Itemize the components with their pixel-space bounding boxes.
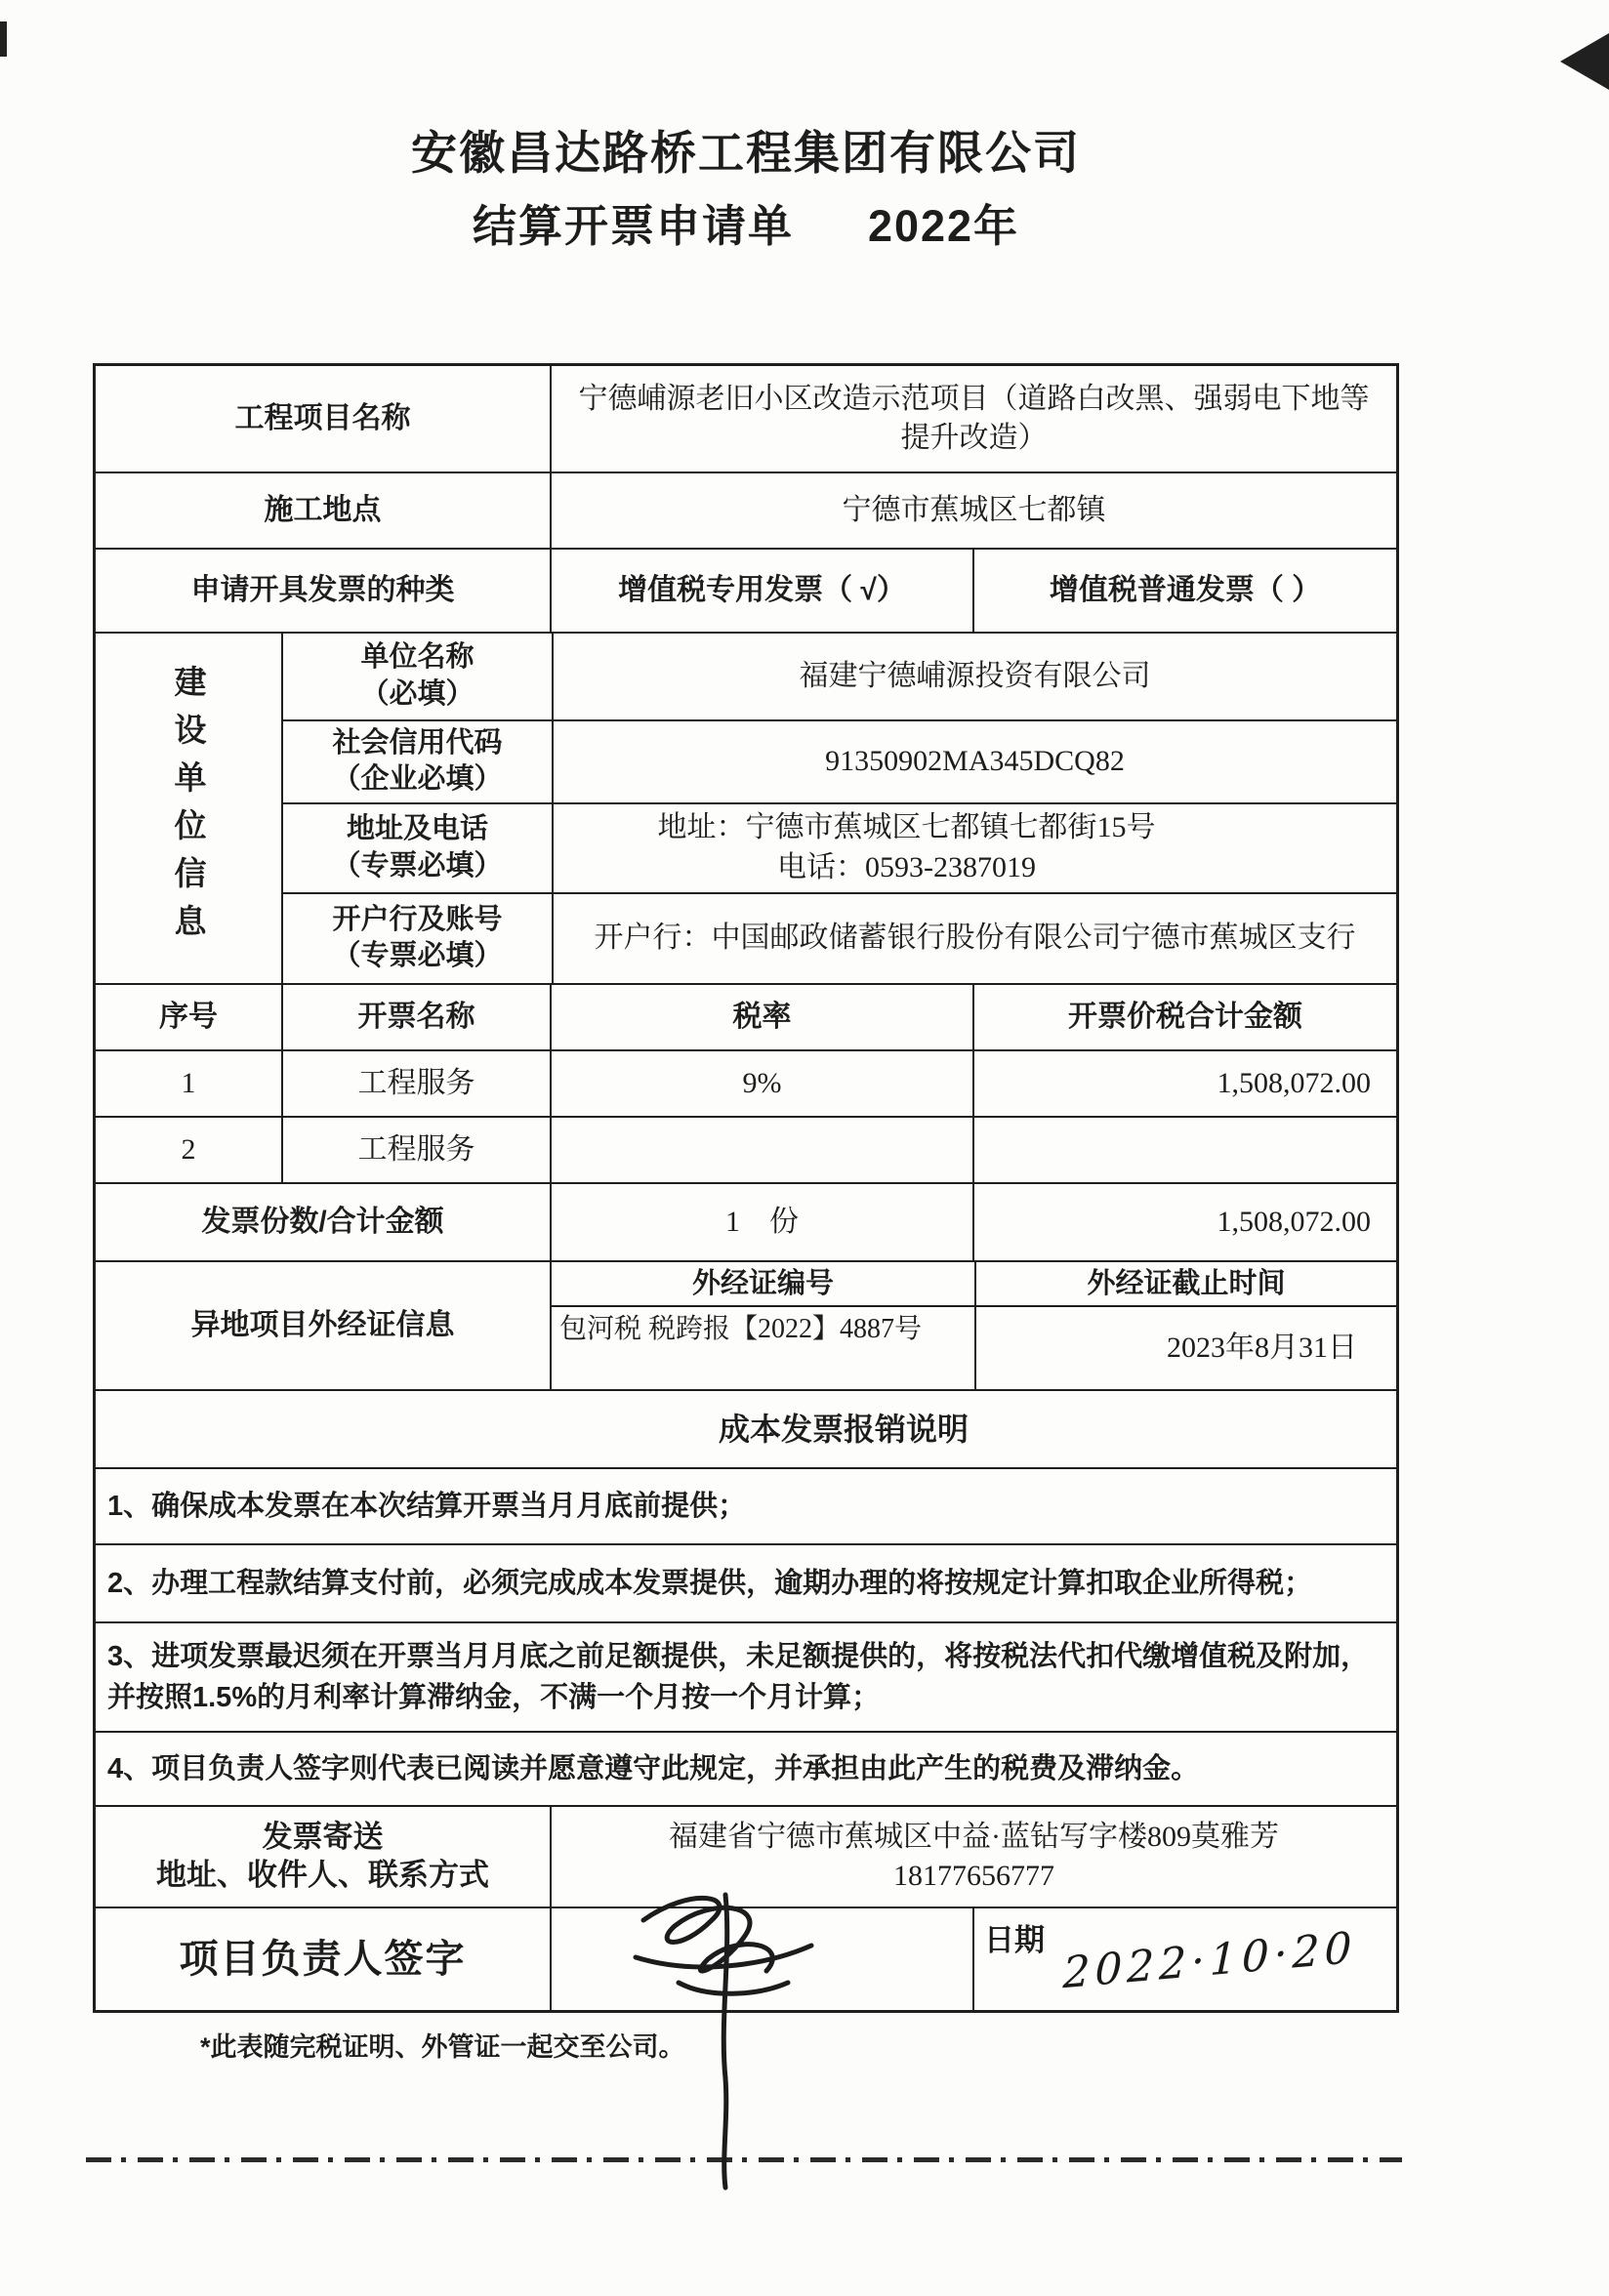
- unit-name-label: 单位名称（必填）: [283, 634, 552, 719]
- invoice-type-general: 增值税普通发票（ ）: [972, 550, 1396, 632]
- item2-amount: [972, 1118, 1396, 1182]
- note-4: 4、项目负责人签字则代表已阅读并愿意遵守此规定，并承担由此产生的税费及滞纳金。: [96, 1733, 1396, 1805]
- application-form-table: 工程项目名称 宁德峬源老旧小区改造示范项目（道路白改黑、强弱电下地等提升改造） …: [93, 363, 1399, 2013]
- invoice-type-special: 增值税专用发票（ √）: [550, 550, 972, 632]
- note-2: 2、办理工程款结算支付前，必须完成成本发票提供，逾期办理的将按规定计算扣取企业所…: [96, 1545, 1396, 1621]
- items-header-amount: 开票价税合计金额: [972, 985, 1396, 1049]
- row-note-1: 1、确保成本发票在本次结算开票当月月底前提供；: [96, 1469, 1396, 1545]
- group-unit-info: 建设单位信息 单位名称（必填） 福建宁德峬源投资有限公司 社会信用代码（企业必填…: [96, 634, 1396, 985]
- waijing-subtable: 外经证编号 外经证截止时间 包河税 税跨报【2022】4887号 2023年8月…: [550, 1262, 1396, 1389]
- date-cell: 日期 2022·10·20: [972, 1908, 1396, 2010]
- form-title-block: 安徽昌达路桥工程集团有限公司 结算开票申请单 2022年: [93, 117, 1399, 254]
- row-invoice-type: 申请开具发票的种类 增值税专用发票（ √） 增值税普通发票（ ）: [96, 550, 1396, 634]
- address-phone-value: 地址：宁德市蕉城区七都镇七都街15号电话：0593-2387019: [552, 804, 1396, 891]
- form-subtitle: 结算开票申请单 2022年: [93, 190, 1399, 254]
- row-location: 施工地点 宁德市蕉城区七都镇: [96, 473, 1396, 550]
- delivery-label: 发票寄送 地址、收件人、联系方式: [96, 1807, 550, 1906]
- signature-label: 项目负责人签字: [96, 1908, 550, 2010]
- row-credit-code: 社会信用代码（企业必填） 91350902MA345DCQ82: [283, 721, 1396, 805]
- summary-total: 1,508,072.00: [972, 1184, 1396, 1260]
- location-label: 施工地点: [96, 473, 550, 548]
- row-unit-name: 单位名称（必填） 福建宁德峬源投资有限公司: [283, 634, 1396, 721]
- note-1: 1、确保成本发票在本次结算开票当月月底前提供；: [96, 1469, 1396, 1543]
- invoice-type-label: 申请开具发票的种类: [96, 550, 550, 632]
- scan-corner-artifact: [1560, 33, 1609, 90]
- project-name-label: 工程项目名称: [96, 366, 550, 471]
- waijing-deadline-value: 2023年8月31日: [974, 1307, 1396, 1389]
- item1-no: 1: [96, 1051, 281, 1116]
- items-header-rate: 税率: [550, 985, 972, 1049]
- row-address-phone: 地址及电话（专票必填） 地址：宁德市蕉城区七都镇七都街15号电话：0593-23…: [283, 804, 1396, 893]
- item1-amount: 1,508,072.00: [972, 1051, 1396, 1116]
- waijing-header-row: 外经证编号 外经证截止时间: [552, 1262, 1396, 1307]
- row-notes-heading: 成本发票报销说明: [96, 1391, 1396, 1469]
- items-header-no: 序号: [96, 985, 281, 1049]
- row-project-name: 工程项目名称 宁德峬源老旧小区改造示范项目（道路白改黑、强弱电下地等提升改造）: [96, 366, 1396, 473]
- credit-code-label: 社会信用代码（企业必填）: [283, 721, 552, 803]
- scan-edge-artifact: [0, 21, 7, 57]
- item2-no: 2: [96, 1118, 281, 1182]
- waijing-label: 异地项目外经证信息: [96, 1262, 550, 1389]
- signature-handwriting: [610, 1873, 835, 2195]
- scanned-form-page: 安徽昌达路桥工程集团有限公司 结算开票申请单 2022年 工程项目名称 宁德峬源…: [0, 0, 1609, 2296]
- row-note-4: 4、项目负责人签字则代表已阅读并愿意遵守此规定，并承担由此产生的税费及滞纳金。: [96, 1733, 1396, 1807]
- item1-rate: 9%: [550, 1051, 972, 1116]
- notes-heading: 成本发票报销说明: [96, 1391, 1396, 1467]
- items-header-name: 开票名称: [281, 985, 550, 1049]
- address-phone-label: 地址及电话（专票必填）: [283, 804, 552, 891]
- row-note-2: 2、办理工程款结算支付前，必须完成成本发票提供，逾期办理的将按规定计算扣取企业所…: [96, 1545, 1396, 1623]
- row-bank-account: 开户行及账号（专票必填） 开户行：中国邮政储蓄银行股份有限公司宁德市蕉城区支行: [283, 894, 1396, 983]
- waijing-no-value: 包河税 税跨报【2022】4887号: [552, 1307, 974, 1389]
- item2-name: 工程服务: [281, 1118, 550, 1182]
- waijing-no-header: 外经证编号: [552, 1262, 974, 1305]
- summary-count: 1 份: [550, 1184, 972, 1260]
- unit-info-subtable: 单位名称（必填） 福建宁德峬源投资有限公司 社会信用代码（企业必填） 91350…: [281, 634, 1396, 983]
- table-row-item-1: 1 工程服务 9% 1,508,072.00: [96, 1051, 1396, 1118]
- row-signature: 项目负责人签字 日期 2022·10·20: [96, 1908, 1396, 2010]
- summary-label: 发票份数/合计金额: [96, 1184, 550, 1260]
- bank-account-value: 开户行：中国邮政储蓄银行股份有限公司宁德市蕉城区支行: [552, 894, 1396, 983]
- unit-name-value: 福建宁德峬源投资有限公司: [552, 634, 1396, 719]
- location-value: 宁德市蕉城区七都镇: [550, 473, 1396, 548]
- table-row-item-2: 2 工程服务: [96, 1118, 1396, 1184]
- row-items-header: 序号 开票名称 税率 开票价税合计金额: [96, 985, 1396, 1051]
- unit-info-group-label: 建设单位信息: [173, 665, 205, 952]
- row-waijing: 异地项目外经证信息 外经证编号 外经证截止时间 包河税 税跨报【2022】488…: [96, 1262, 1396, 1391]
- item2-rate: [550, 1118, 972, 1182]
- waijing-deadline-header: 外经证截止时间: [974, 1262, 1396, 1305]
- credit-code-value: 91350902MA345DCQ82: [552, 721, 1396, 803]
- waijing-value-row: 包河税 税跨报【2022】4887号 2023年8月31日: [552, 1307, 1396, 1389]
- row-summary: 发票份数/合计金额 1 份 1,508,072.00: [96, 1184, 1396, 1262]
- project-name-value: 宁德峬源老旧小区改造示范项目（道路白改黑、强弱电下地等提升改造）: [550, 366, 1396, 471]
- bank-account-label: 开户行及账号（专票必填）: [283, 894, 552, 983]
- company-title: 安徽昌达路桥工程集团有限公司: [93, 117, 1399, 183]
- signature-cell: [550, 1908, 972, 2010]
- date-handwritten-value: 2022·10·20: [1062, 1923, 1357, 1999]
- row-note-3: 3、进项发票最迟须在开票当月月底之前足额提供，未足额提供的，将按税法代扣代缴增值…: [96, 1623, 1396, 1733]
- unit-info-group-cell: 建设单位信息: [96, 634, 281, 983]
- date-label: 日期: [984, 1922, 1045, 1960]
- item1-name: 工程服务: [281, 1051, 550, 1116]
- note-3: 3、进项发票最迟须在开票当月月底之前足额提供，未足额提供的，将按税法代扣代缴增值…: [96, 1623, 1396, 1731]
